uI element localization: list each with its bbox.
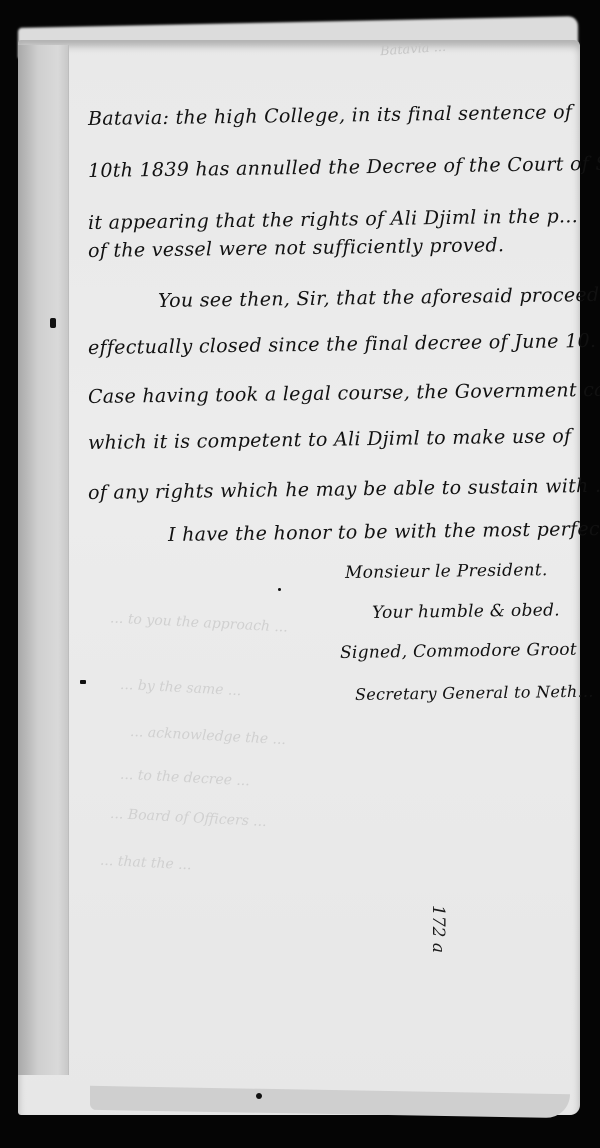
folio-number: 172 a (428, 905, 448, 953)
ink-mark (80, 680, 86, 684)
signature-line: Signed, Commodore Groot (340, 640, 577, 663)
title-line: Secretary General to Neth... (355, 682, 594, 704)
margin-line (68, 45, 69, 1075)
salutation-line: Monsieur le President. (345, 560, 548, 583)
ink-dot (278, 588, 281, 591)
valediction-line: Your humble & obed. (372, 600, 560, 623)
binding-strip (18, 45, 68, 1075)
ink-mark (50, 318, 56, 328)
punch-hole-mark (256, 1093, 262, 1099)
